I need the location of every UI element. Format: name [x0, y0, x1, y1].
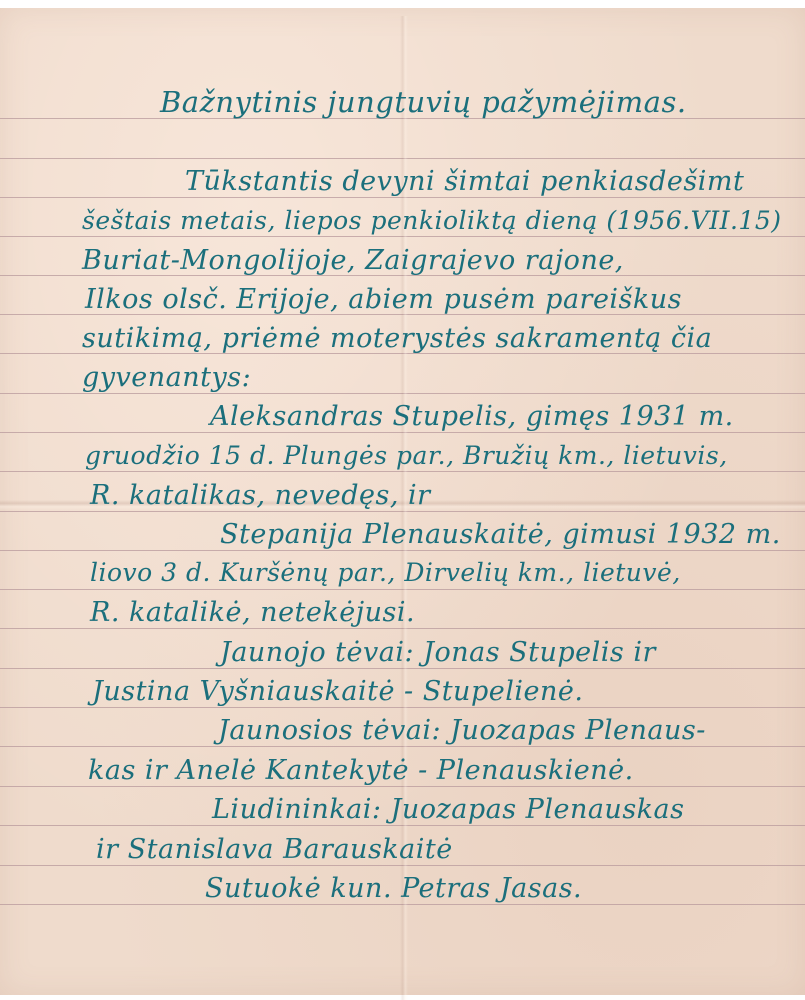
text-line-2: šeštais metais, liepos penkioliktą dieną…	[82, 208, 782, 233]
text-line-8: gruodžio 15 d. Plungės par., Bružių km.,…	[85, 443, 728, 468]
text-line-7: Aleksandras Stupelis, gimęs 1931 m.	[210, 403, 734, 430]
text-line-15: Jaunosios tėvai: Juozapas Plenaus-	[218, 717, 706, 744]
document-title: Bažnytinis jungtuvių pažymėjimas.	[160, 88, 687, 117]
text-line-1: Tūkstantis devyni šimtai penkiasdešimt	[185, 168, 744, 195]
text-line-10: Stepanija Plenauskaitė, gimusi 1932 m.	[220, 521, 781, 548]
text-line-19: Sutuokė kun. Petras Jasas.	[205, 875, 582, 902]
text-line-14: Justina Vyšniauskaitė - Stupelienė.	[92, 678, 583, 705]
text-line-13: Jaunojo tėvai: Jonas Stupelis ir	[220, 639, 656, 666]
text-line-3: Buriat-Mongolijoje, Zaigrajevo rajone,	[82, 247, 624, 274]
text-line-16: kas ir Anelė Kantekytė - Plenauskienė.	[88, 757, 634, 784]
text-line-18: ir Stanislava Barauskaitė	[96, 836, 453, 863]
text-line-4: Ilkos olsč. Erijoje, abiem pusėm pareišk…	[85, 286, 682, 313]
text-line-17: Liudininkai: Juozapas Plenauskas	[212, 796, 685, 823]
text-line-6: gyvenantys:	[82, 364, 251, 391]
text-line-11: liovo 3 d. Kuršėnų par., Dirvelių km., l…	[90, 560, 681, 585]
text-line-9: R. katalikas, nevedęs, ir	[90, 482, 431, 509]
text-line-5: sutikimą, priėmė moterystės sakramentą č…	[82, 325, 712, 352]
text-line-12: R. katalikė, netekėjusi.	[90, 599, 415, 626]
